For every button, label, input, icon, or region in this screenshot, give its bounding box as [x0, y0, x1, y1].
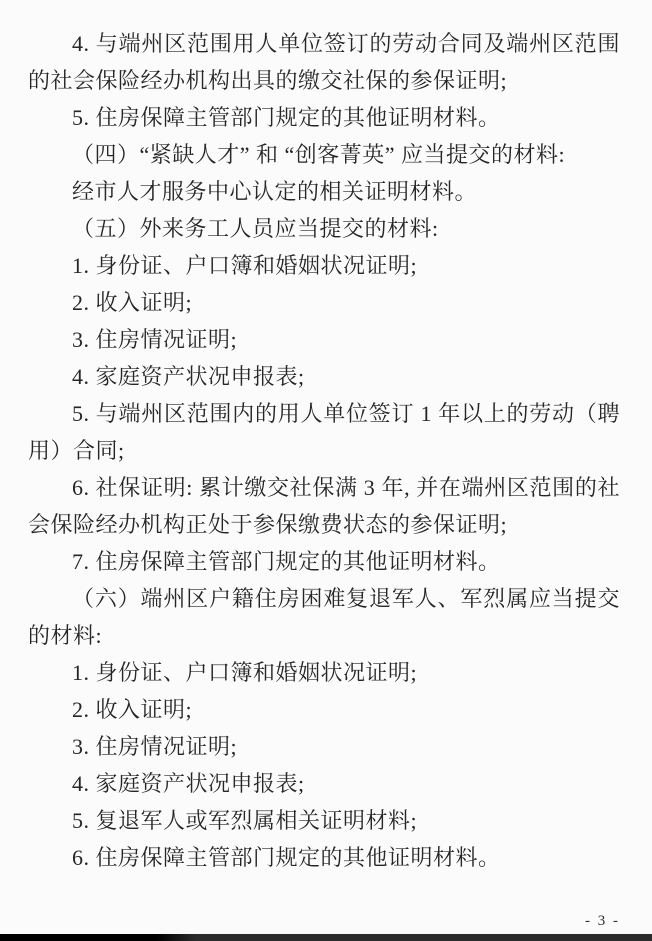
- page-number: - 3 -: [585, 913, 620, 930]
- list-item-paragraph: 5. 与端州区范围内的用人单位签订 1 年以上的劳动（聘用）合同;: [28, 395, 620, 469]
- list-item-paragraph: 2. 收入证明;: [28, 284, 620, 321]
- list-item-paragraph: 5. 住房保障主管部门规定的其他证明材料。: [28, 99, 620, 136]
- list-item-paragraph: 4. 家庭资产状况申报表;: [28, 358, 620, 395]
- list-item-paragraph: 7. 住房保障主管部门规定的其他证明材料。: [28, 543, 620, 580]
- section-heading: （六）端州区户籍住房困难复退军人、军烈属应当提交的材料:: [28, 580, 620, 654]
- list-item-paragraph: 6. 住房保障主管部门规定的其他证明材料。: [28, 839, 620, 876]
- list-item-paragraph: 2. 收入证明;: [28, 691, 620, 728]
- list-item-paragraph: 1. 身份证、户口簿和婚姻状况证明;: [28, 247, 620, 284]
- document-page: 4. 与端州区范围用人单位签订的劳动合同及端州区范围的社会保险经办机构出具的缴交…: [0, 0, 652, 941]
- section-heading: （五）外来务工人员应当提交的材料:: [28, 210, 620, 247]
- document-body: 4. 与端州区范围用人单位签订的劳动合同及端州区范围的社会保险经办机构出具的缴交…: [28, 25, 620, 876]
- list-item-paragraph: 3. 住房情况证明;: [28, 728, 620, 765]
- section-heading: （四）“紧缺人才” 和 “创客菁英” 应当提交的材料:: [28, 136, 620, 173]
- list-item-paragraph: 4. 家庭资产状况申报表;: [28, 765, 620, 802]
- body-paragraph: 经市人才服务中心认定的相关证明材料。: [28, 173, 620, 210]
- list-item-paragraph: 4. 与端州区范围用人单位签订的劳动合同及端州区范围的社会保险经办机构出具的缴交…: [28, 25, 620, 99]
- scan-edge-bar: [0, 934, 652, 941]
- list-item-paragraph: 6. 社保证明: 累计缴交社保满 3 年, 并在端州区范围的社会保险经办机构正处…: [28, 469, 620, 543]
- list-item-paragraph: 5. 复退军人或军烈属相关证明材料;: [28, 802, 620, 839]
- list-item-paragraph: 1. 身份证、户口簿和婚姻状况证明;: [28, 654, 620, 691]
- list-item-paragraph: 3. 住房情况证明;: [28, 321, 620, 358]
